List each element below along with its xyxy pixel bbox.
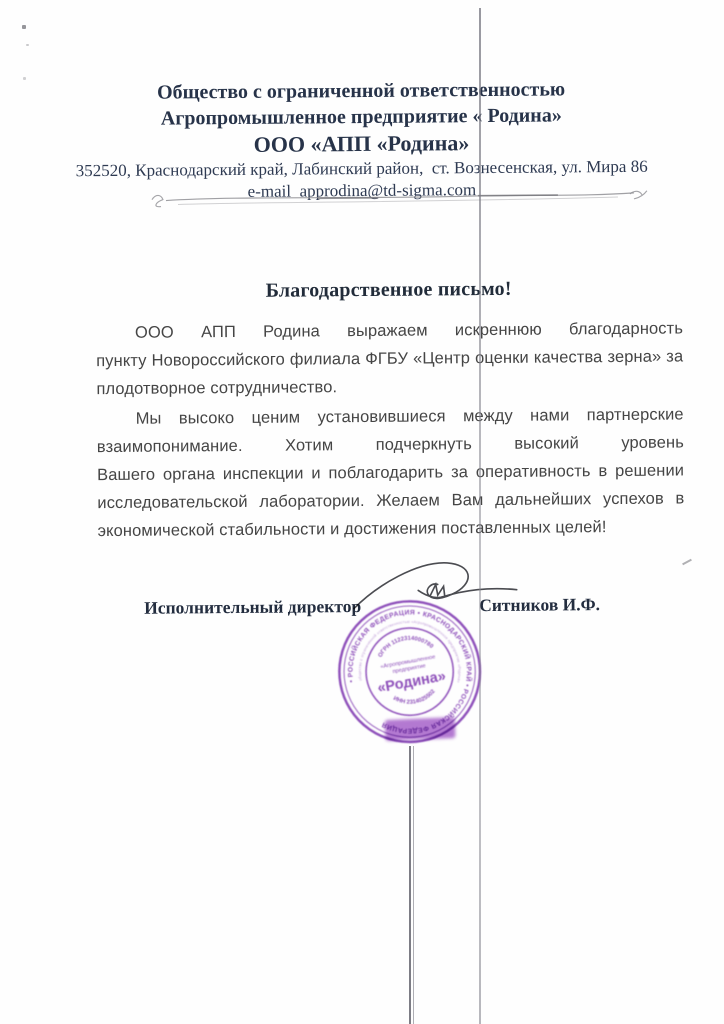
scan-artifact-vertical-line-dark	[409, 746, 411, 1024]
company-address: 352520, Краснодарский край, Лабинский ра…	[40, 156, 684, 181]
scan-speck	[26, 44, 29, 46]
company-short-name: ООО «АПП «Родина»	[39, 127, 683, 159]
paragraph-1-line: пункту Новороссийского филиала ФГБУ «Цен…	[96, 342, 683, 375]
paragraph-2: Мы высоко ценим установившиеся между нам…	[97, 400, 685, 545]
stamp-ink-smudge	[385, 717, 456, 741]
scan-speck	[23, 77, 26, 80]
stamp-center-company-name: «Родина»	[376, 668, 447, 696]
paragraph-1: ООО АПП Родина выражаем искреннюю благод…	[96, 314, 684, 403]
scan-speck	[22, 25, 26, 29]
paragraph-2-line: экономической стабильности и достижения …	[97, 512, 684, 545]
paragraph-1-line: плодотворное сотрудничество.	[96, 370, 683, 403]
letter-content: Общество с ограниченной ответственностью…	[0, 0, 724, 1024]
header-divider-line	[148, 188, 653, 210]
scan-artifact-vertical-line-light	[413, 746, 414, 1024]
scanned-letter-page: Общество с ограниченной ответственностью…	[0, 0, 724, 1024]
letterhead: Общество с ограниченной ответственностью…	[39, 75, 684, 203]
handwritten-signature	[326, 545, 527, 625]
document-title: Благодарственное письмо!	[96, 276, 682, 304]
scan-artifact-vertical-line	[479, 8, 481, 1024]
